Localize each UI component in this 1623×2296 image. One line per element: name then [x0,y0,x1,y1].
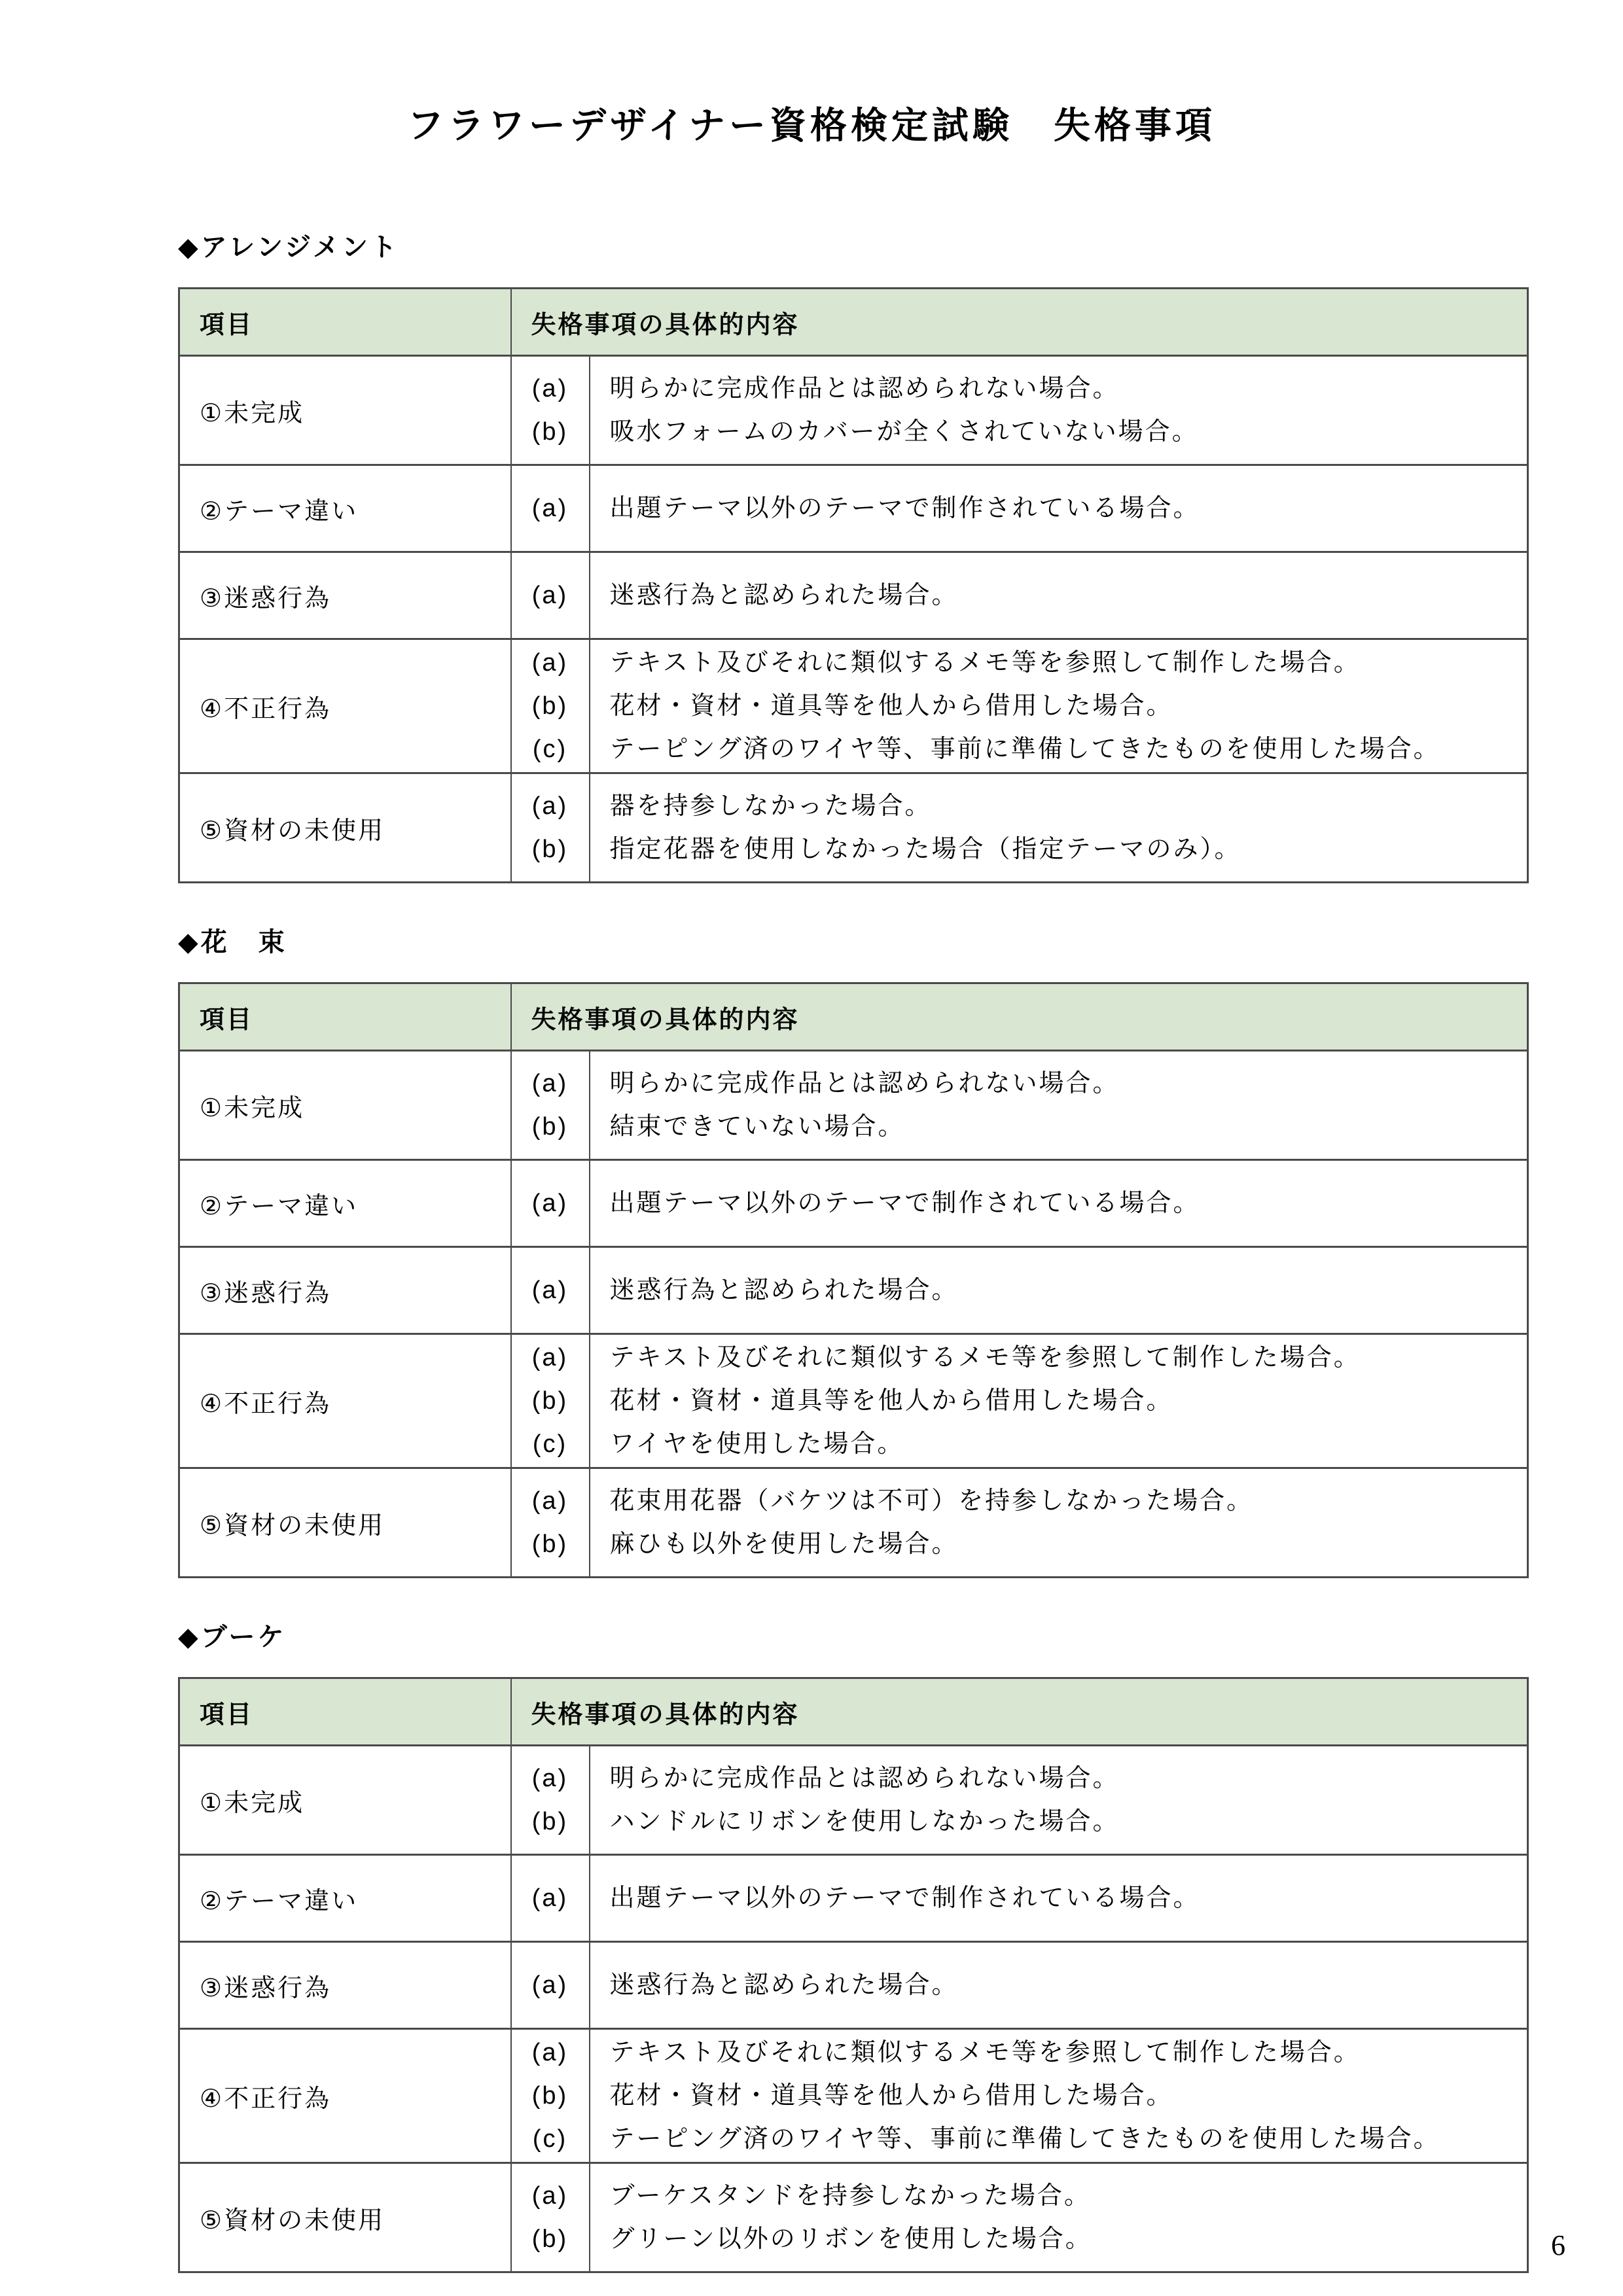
detail-text: 指定花器を使用しなかった場合（指定テーマのみ）。 [610,828,1527,871]
detail-text: 吸水フォームのカバーが全くされていない場合。 [610,410,1527,453]
disqualification-table: 項目失格事項の具体的内容①未完成(a)(b)明らかに完成作品とは認められない場合… [178,287,1529,883]
column-header-item: 項目 [179,1678,511,1746]
detail-label: (b) [512,2074,588,2117]
text-column: 迷惑行為と認められた場合。 [590,552,1528,639]
item-cell: ④不正行為 [179,2029,511,2163]
section-hanataba: ◆花 束項目失格事項の具体的内容①未完成(a)(b)明らかに完成作品とは認められ… [178,921,1527,1578]
detail-text: テーピング済のワイヤ等、事前に準備してきたものを使用した場合。 [610,728,1527,771]
detail-text: グリーン以外のリボンを使用した場合。 [610,2217,1527,2261]
detail-text: 花束用花器（バケツは不可）を持参しなかった場合。 [610,1479,1527,1523]
table-row: ⑤資材の未使用(a)(b)ブーケスタンドを持参しなかった場合。グリーン以外のリボ… [179,2163,1528,2272]
text-column: 出題テーマ以外のテーマで制作されている場合。 [590,1855,1528,1942]
section-bouquet: ◆ブーケ項目失格事項の具体的内容①未完成(a)(b)明らかに完成作品とは認められ… [178,1616,1527,2273]
table-row: ④不正行為(a)(b)(c)テキスト及びそれに類似するメモ等を参照して制作した場… [179,1334,1528,1468]
detail-label: (a) [512,1269,588,1312]
table-row: ③迷惑行為(a)迷惑行為と認められた場合。 [179,1247,1528,1334]
detail-label: (a) [512,574,588,617]
item-cell: ②テーマ違い [179,465,511,552]
label-column: (a) [511,552,590,639]
disqualification-table: 項目失格事項の具体的内容①未完成(a)(b)明らかに完成作品とは認められない場合… [178,1677,1529,2273]
text-column: 迷惑行為と認められた場合。 [590,1247,1528,1334]
item-cell: ③迷惑行為 [179,552,511,639]
page-title: フラワーデザイナー資格検定試験 失格事項 [0,0,1623,149]
section-arrangement: ◆アレンジメント項目失格事項の具体的内容①未完成(a)(b)明らかに完成作品とは… [178,226,1527,883]
item-cell: ②テーマ違い [179,1160,511,1247]
table-body: ①未完成(a)(b)明らかに完成作品とは認められない場合。ハンドルにリボンを使用… [179,1746,1528,2272]
table-row: ②テーマ違い(a)出題テーマ以外のテーマで制作されている場合。 [179,465,1528,552]
item-cell: ⑤資材の未使用 [179,2163,511,2272]
page-number: 6 [1551,2229,1565,2262]
detail-label: (b) [512,2217,588,2261]
table-head: 項目失格事項の具体的内容 [179,289,1528,356]
table-body: ①未完成(a)(b)明らかに完成作品とは認められない場合。結束できていない場合。… [179,1051,1528,1578]
header-row: 項目失格事項の具体的内容 [179,983,1528,1051]
item-cell: ①未完成 [179,1051,511,1160]
detail-label: (a) [512,1062,588,1105]
column-header-content: 失格事項の具体的内容 [511,983,1528,1051]
detail-text: 結束できていない場合。 [610,1105,1527,1148]
detail-text: 迷惑行為と認められた場合。 [610,1269,1527,1312]
column-header-content: 失格事項の具体的内容 [511,289,1528,356]
detail-text: 器を持参しなかった場合。 [610,785,1527,828]
detail-text: 麻ひも以外を使用した場合。 [610,1523,1527,1566]
item-cell: ②テーマ違い [179,1855,511,1942]
detail-text: 出題テーマ以外のテーマで制作されている場合。 [610,1182,1527,1225]
section-heading: ◆ブーケ [178,1616,1527,1653]
text-column: ブーケスタンドを持参しなかった場合。グリーン以外のリボンを使用した場合。 [590,2163,1528,2272]
item-cell: ③迷惑行為 [179,1942,511,2029]
detail-label: (a) [512,2031,588,2074]
table-body: ①未完成(a)(b)明らかに完成作品とは認められない場合。吸水フォームのカバーが… [179,356,1528,883]
text-column: 明らかに完成作品とは認められない場合。ハンドルにリボンを使用しなかった場合。 [590,1746,1528,1855]
item-cell: ①未完成 [179,1746,511,1855]
detail-text: 明らかに完成作品とは認められない場合。 [610,367,1527,410]
detail-label: (b) [512,1523,588,1566]
label-column: (a) [511,1942,590,2029]
section-heading: ◆アレンジメント [178,226,1527,264]
item-cell: ⑤資材の未使用 [179,1468,511,1578]
document-page: フラワーデザイナー資格検定試験 失格事項 ◆アレンジメント項目失格事項の具体的内… [0,0,1623,2296]
text-column: テキスト及びそれに類似するメモ等を参照して制作した場合。花材・資材・道具等を他人… [590,2029,1528,2163]
label-column: (a)(b) [511,1746,590,1855]
detail-label: (a) [512,2174,588,2217]
detail-text: ハンドルにリボンを使用しなかった場合。 [610,1800,1527,1843]
detail-label: (c) [512,2117,588,2161]
label-column: (a)(b)(c) [511,2029,590,2163]
detail-text: 明らかに完成作品とは認められない場合。 [610,1062,1527,1105]
detail-label: (a) [512,1757,588,1800]
label-column: (a) [511,1247,590,1334]
text-column: 明らかに完成作品とは認められない場合。結束できていない場合。 [590,1051,1528,1160]
detail-label: (a) [512,641,588,684]
table-row: ④不正行為(a)(b)(c)テキスト及びそれに類似するメモ等を参照して制作した場… [179,639,1528,773]
item-cell: ④不正行為 [179,639,511,773]
detail-label: (a) [512,367,588,410]
column-header-item: 項目 [179,289,511,356]
detail-text: ブーケスタンドを持参しなかった場合。 [610,2174,1527,2217]
item-cell: ⑤資材の未使用 [179,773,511,883]
label-column: (a)(b) [511,1051,590,1160]
detail-text: テーピング済のワイヤ等、事前に準備してきたものを使用した場合。 [610,2117,1527,2161]
label-column: (a)(b)(c) [511,1334,590,1468]
detail-text: 花材・資材・道具等を他人から借用した場合。 [610,684,1527,728]
table-row: ①未完成(a)(b)明らかに完成作品とは認められない場合。ハンドルにリボンを使用… [179,1746,1528,1855]
detail-label: (a) [512,785,588,828]
detail-label: (a) [512,487,588,530]
label-column: (a) [511,1160,590,1247]
table-row: ①未完成(a)(b)明らかに完成作品とは認められない場合。吸水フォームのカバーが… [179,356,1528,465]
item-cell: ①未完成 [179,356,511,465]
text-column: 出題テーマ以外のテーマで制作されている場合。 [590,465,1528,552]
label-column: (a) [511,1855,590,1942]
detail-label: (a) [512,1964,588,2007]
detail-label: (a) [512,1877,588,1920]
column-header-content: 失格事項の具体的内容 [511,1678,1528,1746]
label-column: (a) [511,465,590,552]
text-column: 迷惑行為と認められた場合。 [590,1942,1528,2029]
label-column: (a)(b) [511,2163,590,2272]
text-column: 器を持参しなかった場合。指定花器を使用しなかった場合（指定テーマのみ）。 [590,773,1528,883]
disqualification-table: 項目失格事項の具体的内容①未完成(a)(b)明らかに完成作品とは認められない場合… [178,982,1529,1578]
table-row: ⑤資材の未使用(a)(b)花束用花器（バケツは不可）を持参しなかった場合。麻ひも… [179,1468,1528,1578]
detail-text: テキスト及びそれに類似するメモ等を参照して制作した場合。 [610,2031,1527,2074]
detail-label: (a) [512,1336,588,1379]
detail-text: 迷惑行為と認められた場合。 [610,574,1527,617]
item-cell: ③迷惑行為 [179,1247,511,1334]
detail-label: (b) [512,1800,588,1843]
detail-text: 花材・資材・道具等を他人から借用した場合。 [610,1379,1527,1422]
detail-label: (b) [512,1105,588,1148]
section-heading: ◆花 束 [178,921,1527,959]
detail-label: (c) [512,728,588,771]
label-column: (a)(b) [511,356,590,465]
item-cell: ④不正行為 [179,1334,511,1468]
detail-text: テキスト及びそれに類似するメモ等を参照して制作した場合。 [610,1336,1527,1379]
table-head: 項目失格事項の具体的内容 [179,983,1528,1051]
table-row: ③迷惑行為(a)迷惑行為と認められた場合。 [179,1942,1528,2029]
detail-text: 出題テーマ以外のテーマで制作されている場合。 [610,1877,1527,1920]
detail-label: (a) [512,1182,588,1225]
text-column: テキスト及びそれに類似するメモ等を参照して制作した場合。花材・資材・道具等を他人… [590,639,1528,773]
detail-label: (a) [512,1479,588,1523]
content-area: ◆アレンジメント項目失格事項の具体的内容①未完成(a)(b)明らかに完成作品とは… [178,226,1527,2273]
table-row: ③迷惑行為(a)迷惑行為と認められた場合。 [179,552,1528,639]
detail-text: 花材・資材・道具等を他人から借用した場合。 [610,2074,1527,2117]
sections-container: ◆アレンジメント項目失格事項の具体的内容①未完成(a)(b)明らかに完成作品とは… [178,226,1527,2273]
table-head: 項目失格事項の具体的内容 [179,1678,1528,1746]
header-row: 項目失格事項の具体的内容 [179,1678,1528,1746]
header-row: 項目失格事項の具体的内容 [179,289,1528,356]
table-row: ⑤資材の未使用(a)(b)器を持参しなかった場合。指定花器を使用しなかった場合（… [179,773,1528,883]
detail-text: ワイヤを使用した場合。 [610,1422,1527,1466]
text-column: 花束用花器（バケツは不可）を持参しなかった場合。麻ひも以外を使用した場合。 [590,1468,1528,1578]
detail-label: (b) [512,410,588,453]
text-column: 明らかに完成作品とは認められない場合。吸水フォームのカバーが全くされていない場合… [590,356,1528,465]
detail-text: 明らかに完成作品とは認められない場合。 [610,1757,1527,1800]
table-row: ②テーマ違い(a)出題テーマ以外のテーマで制作されている場合。 [179,1160,1528,1247]
detail-text: 迷惑行為と認められた場合。 [610,1964,1527,2007]
label-column: (a)(b)(c) [511,639,590,773]
detail-label: (b) [512,684,588,728]
detail-label: (b) [512,1379,588,1422]
table-row: ①未完成(a)(b)明らかに完成作品とは認められない場合。結束できていない場合。 [179,1051,1528,1160]
detail-label: (c) [512,1422,588,1466]
label-column: (a)(b) [511,773,590,883]
column-header-item: 項目 [179,983,511,1051]
text-column: テキスト及びそれに類似するメモ等を参照して制作した場合。花材・資材・道具等を他人… [590,1334,1528,1468]
label-column: (a)(b) [511,1468,590,1578]
detail-text: テキスト及びそれに類似するメモ等を参照して制作した場合。 [610,641,1527,684]
detail-text: 出題テーマ以外のテーマで制作されている場合。 [610,487,1527,530]
table-row: ④不正行為(a)(b)(c)テキスト及びそれに類似するメモ等を参照して制作した場… [179,2029,1528,2163]
text-column: 出題テーマ以外のテーマで制作されている場合。 [590,1160,1528,1247]
table-row: ②テーマ違い(a)出題テーマ以外のテーマで制作されている場合。 [179,1855,1528,1942]
detail-label: (b) [512,828,588,871]
